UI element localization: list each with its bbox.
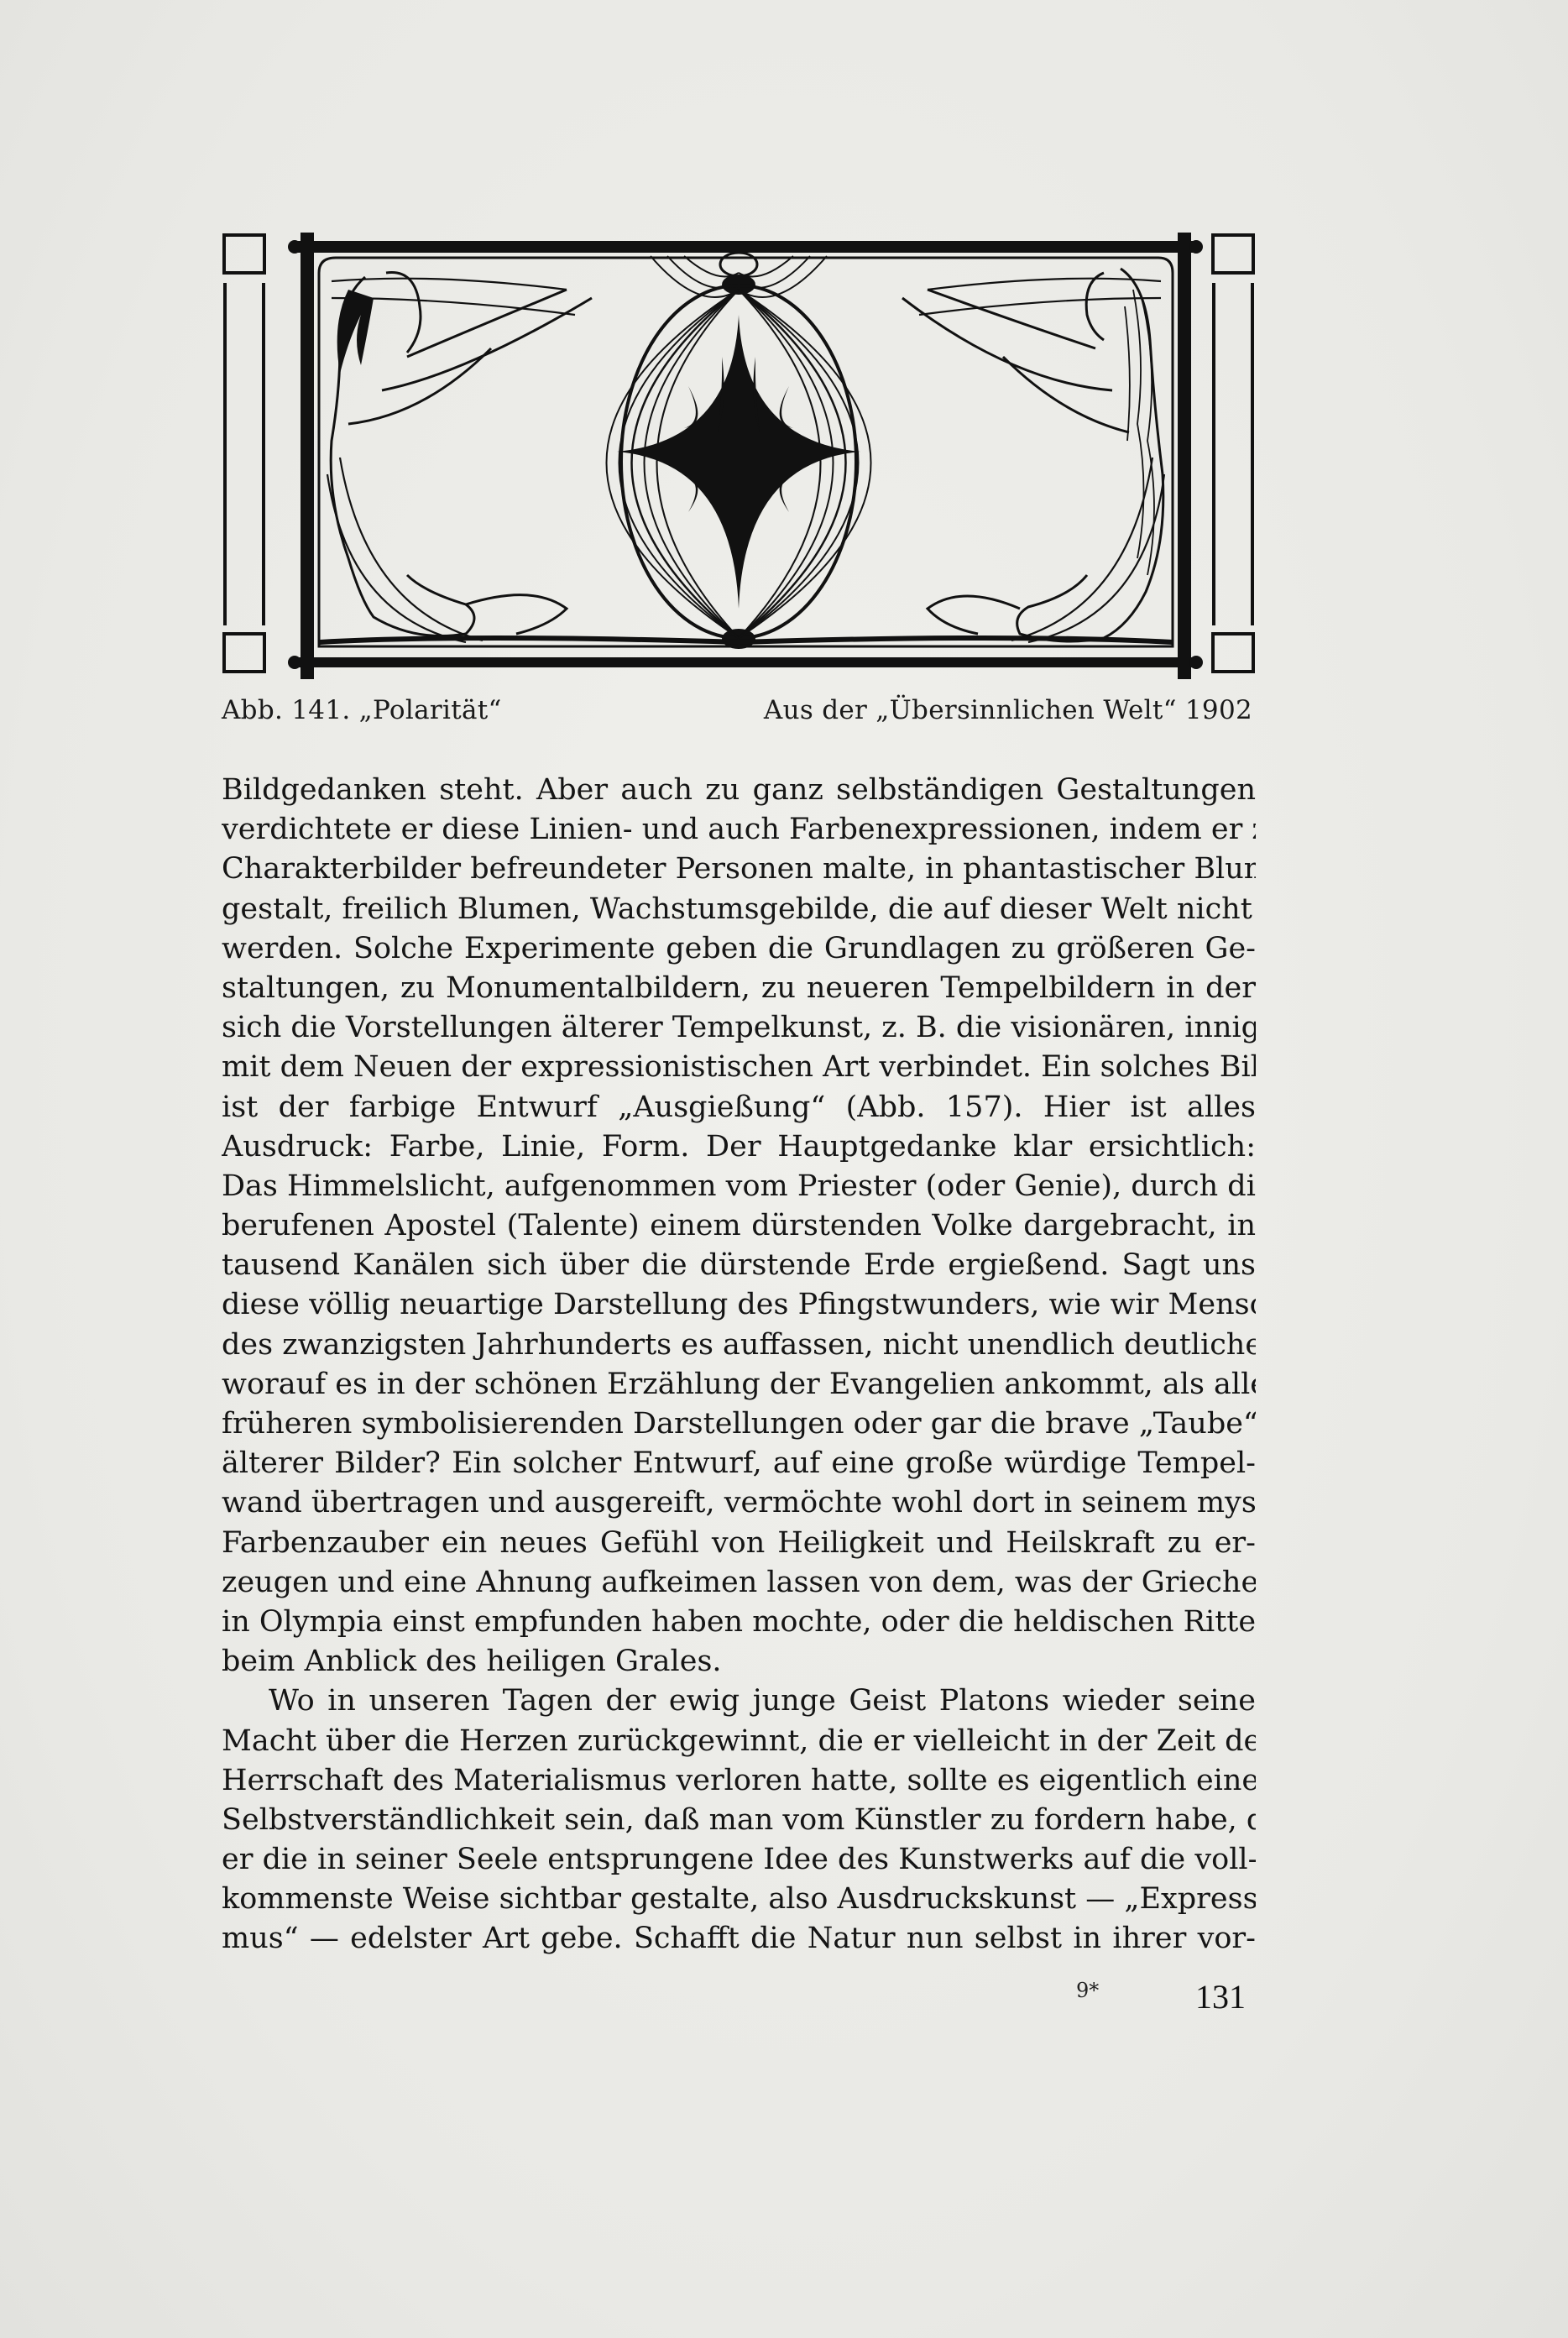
text-line: staltungen, zu Monumentalbildern, zu neu… [222,969,1256,1008]
text-line: diese völlig neuartige Darstellung des P… [222,1285,1256,1325]
text-line: Charakterbilder befreundeter Personen ma… [222,850,1256,889]
text-line: sich die Vorstellungen älterer Tempelkun… [222,1008,1256,1048]
polarity-artwork-icon [214,222,1263,684]
illustration-polaritaet [214,222,1263,684]
text-line: Selbstverständlichkeit sein, daß man vom… [222,1801,1256,1840]
text-line: des zwanzigsten Jahrhunderts es auffasse… [222,1326,1256,1365]
text-line: er die in seiner Seele entsprungene Idee… [222,1840,1256,1880]
text-line: ist der farbige Entwurf „Ausgießung“ (Ab… [222,1088,1256,1127]
text-line: Bildgedanken steht. Aber auch zu ganz se… [222,771,1256,810]
text-line: worauf es in der schönen Erzählung der E… [222,1365,1256,1404]
signature-mark: 9* [1076,1979,1099,2002]
text-line: werden. Solche Experimente geben die Gru… [222,929,1256,969]
text-line: älterer Bilder? Ein solcher Entwurf, auf… [222,1444,1256,1483]
text-line: gestalt, freilich Blumen, Wachstumsgebil… [222,890,1256,929]
text-line: in Olympia einst empfunden haben mochte,… [222,1603,1256,1642]
text-line: mit dem Neuen der expressionistischen Ar… [222,1048,1256,1087]
text-line: früheren symbolisierenden Darstellungen … [222,1404,1256,1444]
book-page: Abb. 141. „Polarität“ Aus der „Übersinnl… [0,0,1568,2338]
text-line: wand übertragen und ausgereift, vermöcht… [222,1483,1256,1523]
text-line: Wo in unseren Tagen der ewig junge Geist… [222,1682,1256,1721]
text-line: beim Anblick des heiligen Grales. [222,1642,1256,1682]
page-number: 131 [1195,1977,1246,2016]
text-line: Herrschaft des Materialismus verloren ha… [222,1761,1256,1801]
figure-caption: Abb. 141. „Polarität“ Aus der „Übersinnl… [222,695,1252,737]
text-line: Farbenzauber ein neues Gefühl von Heilig… [222,1524,1256,1563]
text-line: kommenste Weise sichtbar gestalte, also … [222,1880,1256,1919]
text-line: berufenen Apostel (Talente) einem dürste… [222,1206,1256,1246]
text-line: zeugen und eine Ahnung aufkeimen lassen … [222,1563,1256,1603]
text-line: verdichtete er diese Linien- und auch Fa… [222,810,1256,850]
text-line: tausend Kanälen sich über die dürstende … [222,1246,1256,1285]
figure-source: Aus der „Übersinnlichen Welt“ 1902 [764,695,1252,725]
text-line: mus“ — edelster Art gebe. Schafft die Na… [222,1919,1256,1959]
figure-label: Abb. 141. „Polarität“ [222,695,502,725]
body-text: Bildgedanken steht. Aber auch zu ganz se… [222,771,1256,1959]
paragraph-2: Wo in unseren Tagen der ewig junge Geist… [222,1682,1256,1959]
paragraph-1: Bildgedanken steht. Aber auch zu ganz se… [222,771,1256,1682]
text-line: Macht über die Herzen zurückgewinnt, die… [222,1722,1256,1761]
text-line: Das Himmelslicht, aufgenommen vom Priest… [222,1167,1256,1206]
text-line: Ausdruck: Farbe, Linie, Form. Der Hauptg… [222,1127,1256,1167]
